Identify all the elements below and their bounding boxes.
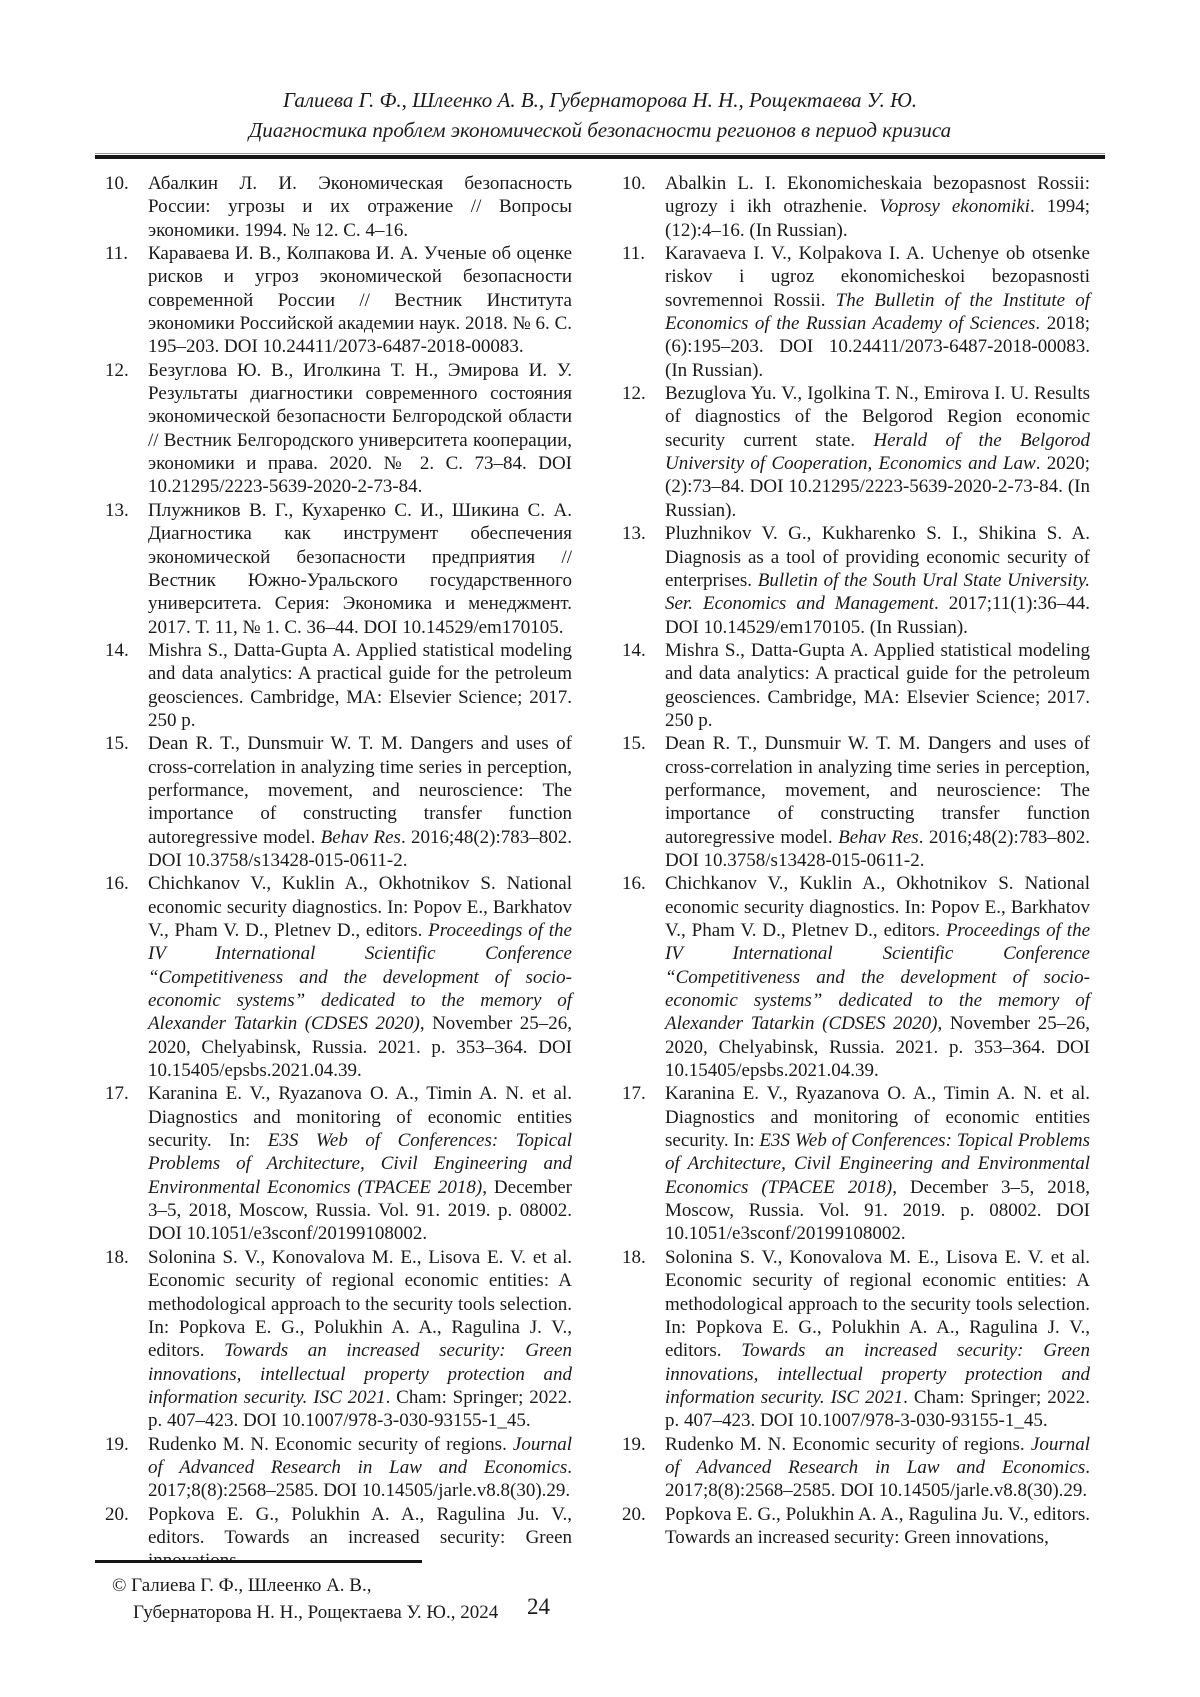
reference-item: 11.Karavaeva I. V., Kolpakova I. A. Uche… (612, 242, 1090, 382)
reference-item: 17.Karanina E. V., Ryazanova O. A., Timi… (612, 1082, 1090, 1245)
reference-item: 19.Rudenko M. N. Economic security of re… (95, 1433, 572, 1503)
reference-number: 11. (105, 242, 145, 265)
reference-number: 19. (622, 1433, 662, 1456)
reference-text-italic: Behav Res (838, 827, 919, 848)
reference-item: 11.Караваева И. В., Колпакова И. А. Учен… (95, 242, 572, 359)
running-head: Галиева Г. Ф., Шлеенко А. В., Губернатор… (0, 0, 1200, 145)
reference-item: 19.Rudenko M. N. Economic security of re… (612, 1433, 1090, 1503)
reference-number: 18. (105, 1246, 145, 1269)
reference-text: Rudenko M. N. Economic security of regio… (148, 1434, 513, 1455)
reference-item: 15.Dean R. T., Dunsmuir W. T. M. Dangers… (95, 732, 572, 872)
page-number: 24 (527, 1594, 550, 1620)
footer-rule (95, 1560, 422, 1563)
running-head-authors: Галиева Г. Ф., Шлеенко А. В., Губернатор… (0, 86, 1200, 115)
reference-item: 15.Dean R. T., Dunsmuir W. T. M. Dangers… (612, 732, 1090, 872)
reference-item: 20.Popkova E. G., Polukhin A. A., Raguli… (612, 1503, 1090, 1550)
reference-item: 16.Chichkanov V., Kuklin A., Okhotnikov … (95, 872, 572, 1082)
reference-text: Mishra S., Datta-Gupta A. Applied statis… (665, 640, 1090, 731)
reference-number: 12. (105, 359, 145, 382)
reference-number: 16. (622, 872, 662, 895)
reference-number: 14. (105, 639, 145, 662)
reference-text: Абалкин Л. И. Экономическая безопасность… (148, 173, 572, 241)
references-section: 10.Абалкин Л. И. Экономическая безопасно… (95, 172, 1200, 1562)
reference-item: 14.Mishra S., Datta-Gupta A. Applied sta… (612, 639, 1090, 732)
reference-number: 18. (622, 1246, 662, 1269)
references-column-left: 10.Абалкин Л. И. Экономическая безопасно… (95, 172, 572, 1562)
reference-number: 15. (105, 732, 145, 755)
reference-number: 11. (622, 242, 662, 265)
reference-item: 14.Mishra S., Datta-Gupta A. Applied sta… (95, 639, 572, 732)
reference-number: 13. (622, 522, 662, 545)
reference-item: 10.Abalkin L. I. Ekonomicheskaia bezopas… (612, 172, 1090, 242)
reference-text: Popkova E. G., Polukhin A. A., Ragulina … (665, 1504, 1090, 1548)
reference-item: 10.Абалкин Л. И. Экономическая безопасно… (95, 172, 572, 242)
reference-item: 18.Solonina S. V., Konovalova M. E., Lis… (95, 1246, 572, 1433)
reference-text: Караваева И. В., Колпакова И. А. Ученые … (148, 243, 572, 357)
copyright-line-1: © Галиева Г. Ф., Шлеенко А. В., (112, 1573, 498, 1600)
reference-number: 13. (105, 499, 145, 522)
reference-item: 16.Chichkanov V., Kuklin A., Okhotnikov … (612, 872, 1090, 1082)
reference-text: Rudenko M. N. Economic security of regio… (665, 1434, 1031, 1455)
reference-text: Плужников В. Г., Кухаренко С. И., Шикина… (148, 500, 572, 638)
reference-text: Безуглова Ю. В., Иголкина Т. Н., Эмирова… (148, 360, 572, 498)
reference-number: 17. (105, 1082, 145, 1105)
journal-page: Галиева Г. Ф., Шлеенко А. В., Губернатор… (0, 0, 1200, 1697)
reference-number: 14. (622, 639, 662, 662)
reference-number: 12. (622, 382, 662, 405)
reference-text-italic: Behav Res (321, 827, 401, 848)
reference-item: 18.Solonina S. V., Konovalova M. E., Lis… (612, 1246, 1090, 1433)
reference-number: 17. (622, 1082, 662, 1105)
reference-number: 20. (105, 1503, 145, 1526)
reference-text-italic: Voprosy ekonomiki (879, 196, 1030, 217)
references-column-right: 10.Abalkin L. I. Ekonomicheskaia bezopas… (612, 172, 1090, 1562)
reference-item: 17.Karanina E. V., Ryazanova O. A., Timi… (95, 1082, 572, 1245)
copyright-block: © Галиева Г. Ф., Шлеенко А. В., Губернат… (112, 1573, 498, 1626)
reference-number: 20. (622, 1503, 662, 1526)
reference-number: 10. (622, 172, 662, 195)
header-rule (95, 153, 1105, 159)
reference-text: Popkova E. G., Polukhin A. A., Ragulina … (148, 1504, 572, 1562)
reference-item: 12.Безуглова Ю. В., Иголкина Т. Н., Эмир… (95, 359, 572, 499)
reference-text: Mishra S., Datta-Gupta A. Applied statis… (148, 640, 572, 731)
running-head-title: Диагностика проблем экономической безопа… (0, 116, 1200, 145)
reference-item: 13.Плужников В. Г., Кухаренко С. И., Шик… (95, 499, 572, 639)
reference-number: 19. (105, 1433, 145, 1456)
reference-number: 15. (622, 732, 662, 755)
reference-item: 12.Bezuglova Yu. V., Igolkina T. N., Emi… (612, 382, 1090, 522)
reference-number: 16. (105, 872, 145, 895)
reference-item: 20.Popkova E. G., Polukhin A. A., Raguli… (95, 1503, 572, 1562)
reference-item: 13.Pluzhnikov V. G., Kukharenko S. I., S… (612, 522, 1090, 639)
reference-number: 10. (105, 172, 145, 195)
copyright-line-2: Губернаторова Н. Н., Рощектаева У. Ю., 2… (112, 1600, 498, 1627)
